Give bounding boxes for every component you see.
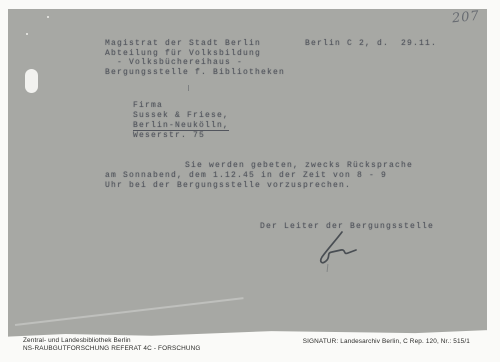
recipient-line-4: Weserstr. 75 — [133, 131, 205, 140]
handwritten-page-number: 207 — [451, 9, 480, 27]
body-line-1: Sie werden gebeten, zwecks Rücksprache — [185, 161, 413, 170]
letterhead-line-1: Magistrat der Stadt Berlin — [105, 39, 261, 48]
letterhead-line-2: Abteilung für Volksbildung — [105, 49, 261, 58]
handwritten-signature — [308, 219, 364, 265]
stray-mark — [327, 264, 329, 272]
recipient-line-2: Sussek & Friese, — [133, 111, 229, 120]
dust-speck — [26, 33, 28, 35]
stray-mark — [188, 85, 189, 91]
scanned-document-view: 207 Magistrat der Stadt Berlin Abteilung… — [0, 0, 500, 362]
scanned-letter-page: 207 Magistrat der Stadt Berlin Abteilung… — [8, 9, 487, 338]
archive-signature-reference: SIGNATUR: Landesarchiv Berlin, C Rep. 12… — [303, 338, 470, 345]
punch-hole — [25, 69, 38, 93]
date-line: Berlin C 2, d. 29.11. — [305, 39, 437, 48]
archive-department: NS-RAUBGUTFORSCHUNG REFERAT 4C - FORSCHU… — [23, 345, 201, 353]
letterhead-line-3: - Volksbüchereihaus - — [117, 58, 243, 67]
body-line-3: Uhr bei der Bergungsstelle vorzusprechen… — [105, 181, 351, 190]
body-line-2: am Sonnabend, dem 1.12.45 in der Zeit vo… — [105, 171, 387, 180]
dust-speck — [47, 16, 49, 18]
archive-institution: Zentral- und Landesbibliothek Berlin — [23, 337, 201, 345]
recipient-line-3: Berlin-Neukölln, — [133, 121, 229, 132]
paper-crease — [15, 297, 244, 325]
recipient-line-1: Firma — [133, 101, 163, 110]
archive-caption-left: Zentral- und Landesbibliothek Berlin NS-… — [23, 337, 201, 352]
letterhead-line-4: Bergungsstelle f. Bibliotheken — [105, 68, 285, 77]
